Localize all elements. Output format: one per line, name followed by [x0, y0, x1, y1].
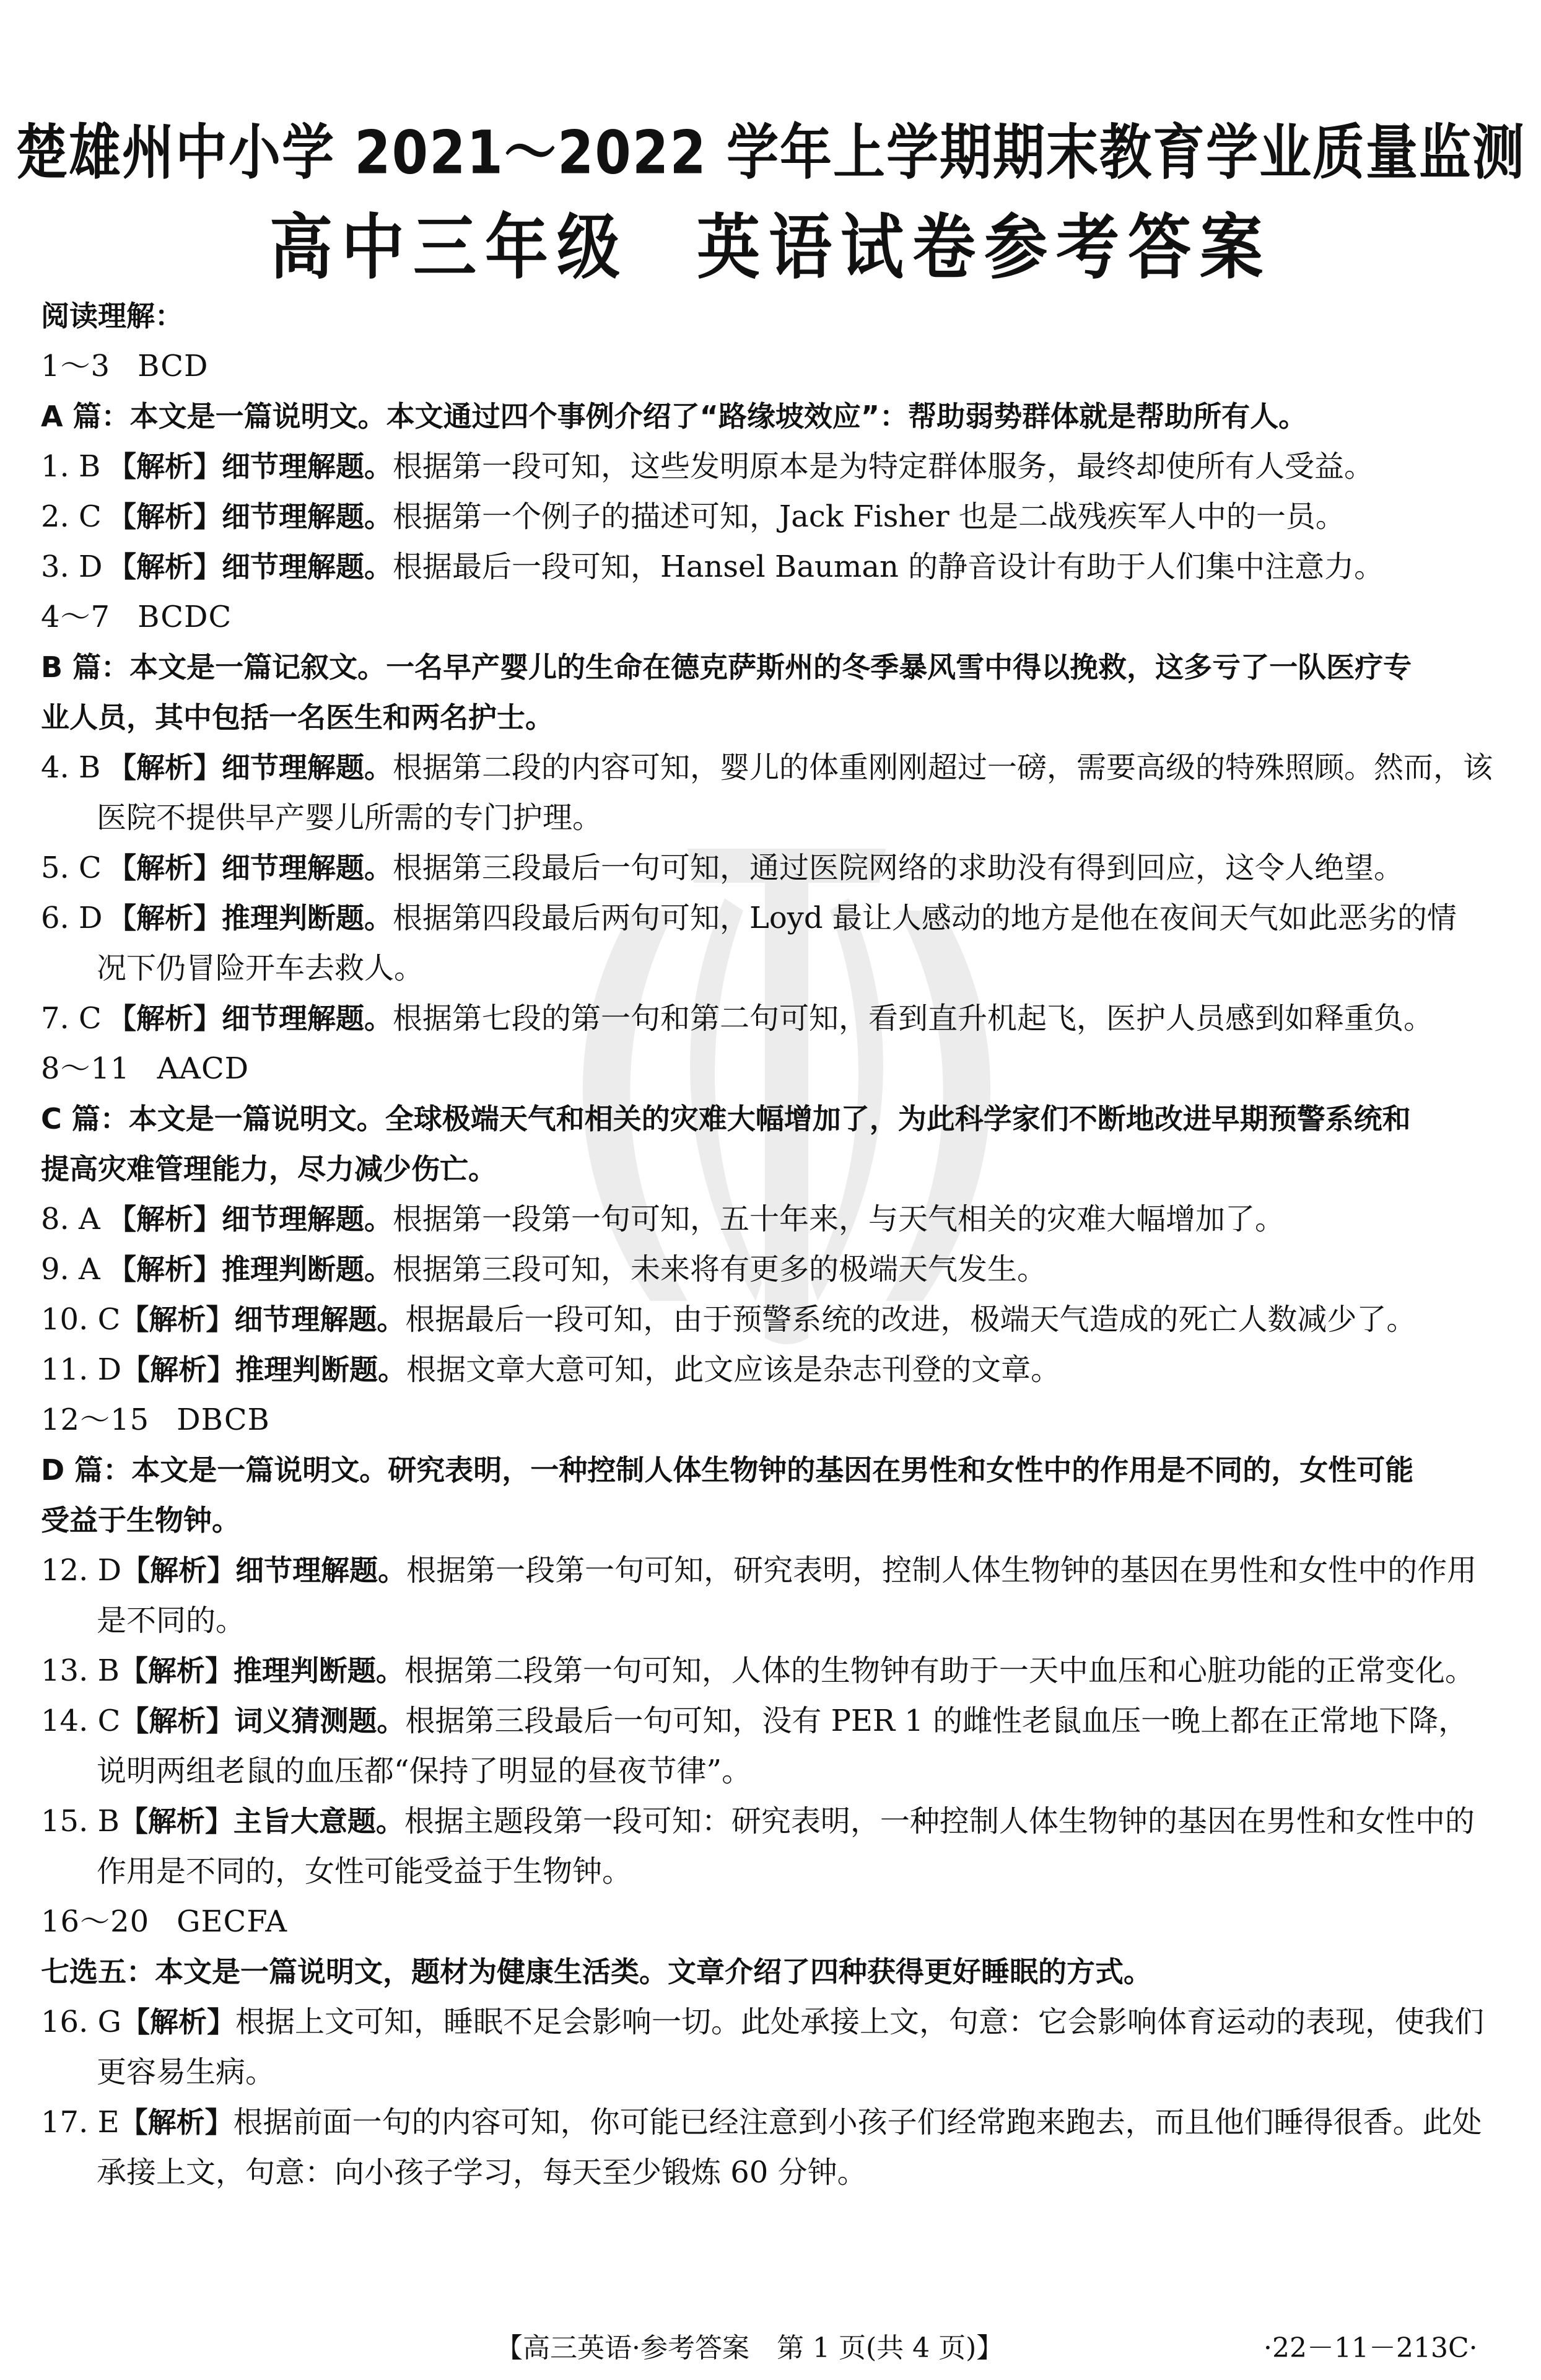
analysis-text: 根据第二段的内容可知，婴儿的体重刚刚超过一磅，需要高级的特殊照顾。然而，该 [393, 750, 1493, 785]
range-answers: AACD [157, 1051, 250, 1086]
answer-item: 11. D【解析】推理判断题。根据文章大意可知，此文应该是杂志刊登的文章。 [41, 1345, 1503, 1395]
passage-summary: D 篇：本文是一篇说明文。研究表明，一种控制人体生物钟的基因在男性和女性中的作用… [41, 1445, 1503, 1495]
answer-content: 阅读理解： 1～3BCDA 篇：本文是一篇说明文。本文通过四个事例介绍了“路缘坡… [41, 291, 1503, 2198]
question-type: 细节理解题。 [222, 550, 393, 584]
question-type: 推理判断题。 [222, 1253, 393, 1286]
passage-summary: 提高灾难管理能力，尽力减少伤亡。 [41, 1144, 1503, 1194]
question-number: 2. C [41, 492, 108, 542]
analysis-tag: 【解析】 [108, 1202, 222, 1236]
page-footer: 【高三英语·参考答案 第 1 页(共 4 页)】 ·22－11－213C· [0, 2325, 1541, 2363]
analysis-tag: 【解析】 [108, 1002, 222, 1035]
question-number: 13. B [41, 1646, 120, 1696]
answer-range: 8～11AACD [41, 1044, 1503, 1094]
analysis-text: 是不同的。 [97, 1603, 245, 1638]
analysis-text: 更容易生病。 [97, 2055, 275, 2089]
question-type: 细节理解题。 [222, 751, 393, 784]
answer-item: 17. E【解析】根据前面一句的内容可知，你可能已经注意到小孩子们经常跑来跑去，… [41, 2098, 1503, 2148]
answer-key-label: 英语试卷参考答案 [697, 207, 1272, 289]
analysis-text: 根据文章大意可知，此文应该是杂志刊登的文章。 [406, 1352, 1060, 1387]
question-type: 推理判断题。 [235, 1353, 406, 1386]
passage-summary: 受益于生物钟。 [41, 1495, 1503, 1546]
range-label: 4～7 [41, 600, 110, 634]
answer-item-continued: 况下仍冒险开车去救人。 [41, 943, 1503, 994]
analysis-text: 医院不提供早产婴儿所需的专门护理。 [97, 800, 602, 835]
question-type: 主旨大意题。 [234, 1805, 404, 1838]
grade-label: 高中三年级 [269, 207, 629, 289]
analysis-tag: 【解析】 [121, 1554, 235, 1587]
question-type: 细节理解题。 [222, 851, 393, 885]
analysis-text: 承接上文，句意：向小孩子学习，每天至少锻炼 60 分钟。 [97, 2155, 867, 2190]
analysis-tag: 【解析】 [108, 901, 222, 935]
range-label: 1～3 [41, 349, 110, 383]
analysis-tag: 【解析】 [120, 1654, 234, 1687]
question-type: 词义猜测题。 [234, 1704, 405, 1738]
analysis-text: 根据第七段的第一句和第二句可知，看到直升机起飞，医护人员感到如释重负。 [393, 1001, 1433, 1036]
analysis-text: 根据第四段最后两句可知，Loyd 最让人感动的地方是他在夜间天气如此恶劣的情 [393, 901, 1457, 935]
answer-item: 7. C【解析】细节理解题。根据第七段的第一句和第二句可知，看到直升机起飞，医护… [41, 994, 1503, 1044]
question-number: 5. C [41, 843, 108, 893]
analysis-tag: 【解析】 [108, 851, 222, 885]
analysis-tag: 【解析】 [108, 550, 222, 584]
question-number: 3. D [41, 542, 108, 592]
answer-item: 15. B【解析】主旨大意题。根据主题段第一段可知：研究表明，一种控制人体生物钟… [41, 1796, 1503, 1847]
question-number: 6. D [41, 893, 108, 943]
range-label: 12～15 [41, 1402, 149, 1437]
answer-range: 4～7BCDC [41, 592, 1503, 642]
analysis-text: 说明两组老鼠的血压都“保持了明显的昼夜节律”。 [97, 1754, 751, 1788]
analysis-tag: 【解析】 [108, 450, 222, 483]
analysis-tag: 【解析】 [121, 2005, 235, 2039]
question-number: 15. B [41, 1796, 120, 1847]
answer-item-continued: 医院不提供早产婴儿所需的专门护理。 [41, 793, 1503, 843]
question-number: 16. G [41, 1997, 121, 2047]
answer-item: 4. B【解析】细节理解题。根据第二段的内容可知，婴儿的体重刚刚超过一磅，需要高… [41, 743, 1503, 793]
analysis-text: 况下仍冒险开车去救人。 [97, 951, 424, 986]
answer-range: 1～3BCD [41, 341, 1503, 392]
passage-summary: B 篇：本文是一篇记叙文。一名早产婴儿的生命在德克萨斯州的冬季暴风雪中得以挽救，… [41, 642, 1503, 693]
analysis-text: 根据最后一段可知，由于预警系统的改进，极端天气造成的死亡人数减少了。 [405, 1302, 1416, 1337]
question-type: 细节理解题。 [222, 1202, 393, 1236]
analysis-text: 根据第二段第一句可知，人体的生物钟有助于一天中血压和心脏功能的正常变化。 [404, 1653, 1475, 1688]
answer-item: 3. D【解析】细节理解题。根据最后一段可知，Hansel Bauman 的静音… [41, 542, 1503, 592]
document-subtitle: 高中三年级英语试卷参考答案 [0, 191, 1541, 293]
analysis-text: 作用是不同的，女性可能受益于生物钟。 [97, 1854, 632, 1889]
answer-item: 9. A【解析】推理判断题。根据第三段可知，未来将有更多的极端天气发生。 [41, 1245, 1503, 1295]
range-answers: BCD [138, 349, 208, 383]
answer-item-continued: 是不同的。 [41, 1596, 1503, 1646]
analysis-tag: 【解析】 [108, 1253, 222, 1286]
question-number: 14. C [41, 1696, 120, 1746]
document-code: ·22－11－213C· [1264, 2325, 1478, 2365]
passage-summary: 业人员，其中包括一名医生和两名护士。 [41, 693, 1503, 743]
section-title: 阅读理解： [41, 291, 1503, 341]
analysis-text: 根据上文可知，睡眠不足会影响一切。此处承接上文，句意：它会影响体育运动的表现，使… [235, 2005, 1484, 2039]
answer-item: 12. D【解析】细节理解题。根据第一段第一句可知，研究表明，控制人体生物钟的基… [41, 1546, 1503, 1596]
analysis-text: 根据最后一段可知，Hansel Bauman 的静音设计有助于人们集中注意力。 [393, 549, 1384, 584]
analysis-tag: 【解析】 [120, 2106, 234, 2139]
analysis-tag: 【解析】 [121, 1353, 235, 1386]
answer-range: 16～20GECFA [41, 1897, 1503, 1947]
answer-item: 1. B【解析】细节理解题。根据第一段可知，这些发明原本是为特定群体服务，最终却… [41, 442, 1503, 492]
answer-item-continued: 说明两组老鼠的血压都“保持了明显的昼夜节律”。 [41, 1746, 1503, 1796]
question-type: 细节理解题。 [222, 500, 393, 533]
answer-item: 16. G【解析】根据上文可知，睡眠不足会影响一切。此处承接上文，句意：它会影响… [41, 1997, 1503, 2047]
question-type: 推理判断题。 [222, 901, 393, 935]
analysis-tag: 【解析】 [120, 1805, 234, 1838]
analysis-text: 根据第一段第一句可知，研究表明，控制人体生物钟的基因在男性和女性中的作用 [406, 1553, 1477, 1588]
analysis-text: 根据主题段第一段可知：研究表明，一种控制人体生物钟的基因在男性和女性中的 [404, 1804, 1475, 1839]
answer-item: 2. C【解析】细节理解题。根据第一个例子的描述可知，Jack Fisher 也… [41, 492, 1503, 542]
analysis-tag: 【解析】 [108, 751, 222, 784]
analysis-text: 根据第三段最后一句可知，通过医院网络的求助没有得到回应，这令人绝望。 [393, 851, 1403, 885]
analysis-text: 根据前面一句的内容可知，你可能已经注意到小孩子们经常跑来跑去，而且他们睡得很香。… [234, 2105, 1482, 2140]
question-number: 11. D [41, 1345, 121, 1395]
passage-summary: C 篇：本文是一篇说明文。全球极端天气和相关的灾难大幅增加了，为此科学家们不断地… [41, 1094, 1503, 1144]
analysis-tag: 【解析】 [108, 500, 222, 533]
question-number: 1. B [41, 442, 108, 492]
range-label: 8～11 [41, 1051, 130, 1086]
question-number: 10. C [41, 1295, 120, 1345]
answer-item: 14. C【解析】词义猜测题。根据第三段最后一句可知，没有 PER 1 的雌性老… [41, 1696, 1503, 1746]
question-number: 17. E [41, 2098, 120, 2148]
answer-item: 13. B【解析】推理判断题。根据第二段第一句可知，人体的生物钟有助于一天中血压… [41, 1646, 1503, 1696]
analysis-tag: 【解析】 [120, 1704, 234, 1738]
question-number: 12. D [41, 1546, 121, 1596]
answer-item-continued: 承接上文，句意：向小孩子学习，每天至少锻炼 60 分钟。 [41, 2148, 1503, 2198]
passage-summary: A 篇：本文是一篇说明文。本文通过四个事例介绍了“路缘坡效应”：帮助弱势群体就是… [41, 392, 1503, 442]
analysis-text: 根据第三段最后一句可知，没有 PER 1 的雌性老鼠血压一晚上都在正常地下降， [405, 1704, 1468, 1738]
answer-range: 12～15DBCB [41, 1395, 1503, 1445]
page-number-label: 【高三英语·参考答案 第 1 页(共 4 页)】 [495, 2325, 1003, 2365]
answer-item: 5. C【解析】细节理解题。根据第三段最后一句可知，通过医院网络的求助没有得到回… [41, 843, 1503, 893]
answer-item: 10. C【解析】细节理解题。根据最后一段可知，由于预警系统的改进，极端天气造成… [41, 1295, 1503, 1345]
question-type: 细节理解题。 [222, 1002, 393, 1035]
range-answers: BCDC [138, 600, 232, 634]
question-number: 4. B [41, 743, 108, 793]
document-title: 楚雄州中小学 2021～2022 学年上学期期末教育学业质量监测 [0, 105, 1541, 191]
passage-summary: 七选五：本文是一篇说明文，题材为健康生活类。文章介绍了四种获得更好睡眠的方式。 [41, 1947, 1503, 1997]
question-type: 推理判断题。 [234, 1654, 404, 1687]
range-label: 16～20 [41, 1904, 149, 1939]
answer-item: 8. A【解析】细节理解题。根据第一段第一句可知，五十年来，与天气相关的灾难大幅… [41, 1194, 1503, 1245]
question-type: 细节理解题。 [234, 1303, 405, 1336]
answer-item-continued: 更容易生病。 [41, 2047, 1503, 2098]
question-type: 细节理解题。 [235, 1554, 406, 1587]
analysis-text: 根据第一段可知，这些发明原本是为特定群体服务，最终却使所有人受益。 [393, 449, 1374, 484]
analysis-text: 根据第一段第一句可知，五十年来，与天气相关的灾难大幅增加了。 [393, 1202, 1285, 1236]
analysis-tag: 【解析】 [120, 1303, 234, 1336]
analysis-text: 根据第三段可知，未来将有更多的极端天气发生。 [393, 1252, 1047, 1287]
question-type: 细节理解题。 [222, 450, 393, 483]
question-number: 9. A [41, 1245, 108, 1295]
answer-item-continued: 作用是不同的，女性可能受益于生物钟。 [41, 1847, 1503, 1897]
answer-item: 6. D【解析】推理判断题。根据第四段最后两句可知，Loyd 最让人感动的地方是… [41, 893, 1503, 943]
range-answers: DBCB [177, 1402, 270, 1437]
analysis-text: 根据第一个例子的描述可知，Jack Fisher 也是二战残疾军人中的一员。 [393, 499, 1345, 534]
range-answers: GECFA [177, 1904, 287, 1939]
question-number: 7. C [41, 994, 108, 1044]
question-number: 8. A [41, 1194, 108, 1245]
